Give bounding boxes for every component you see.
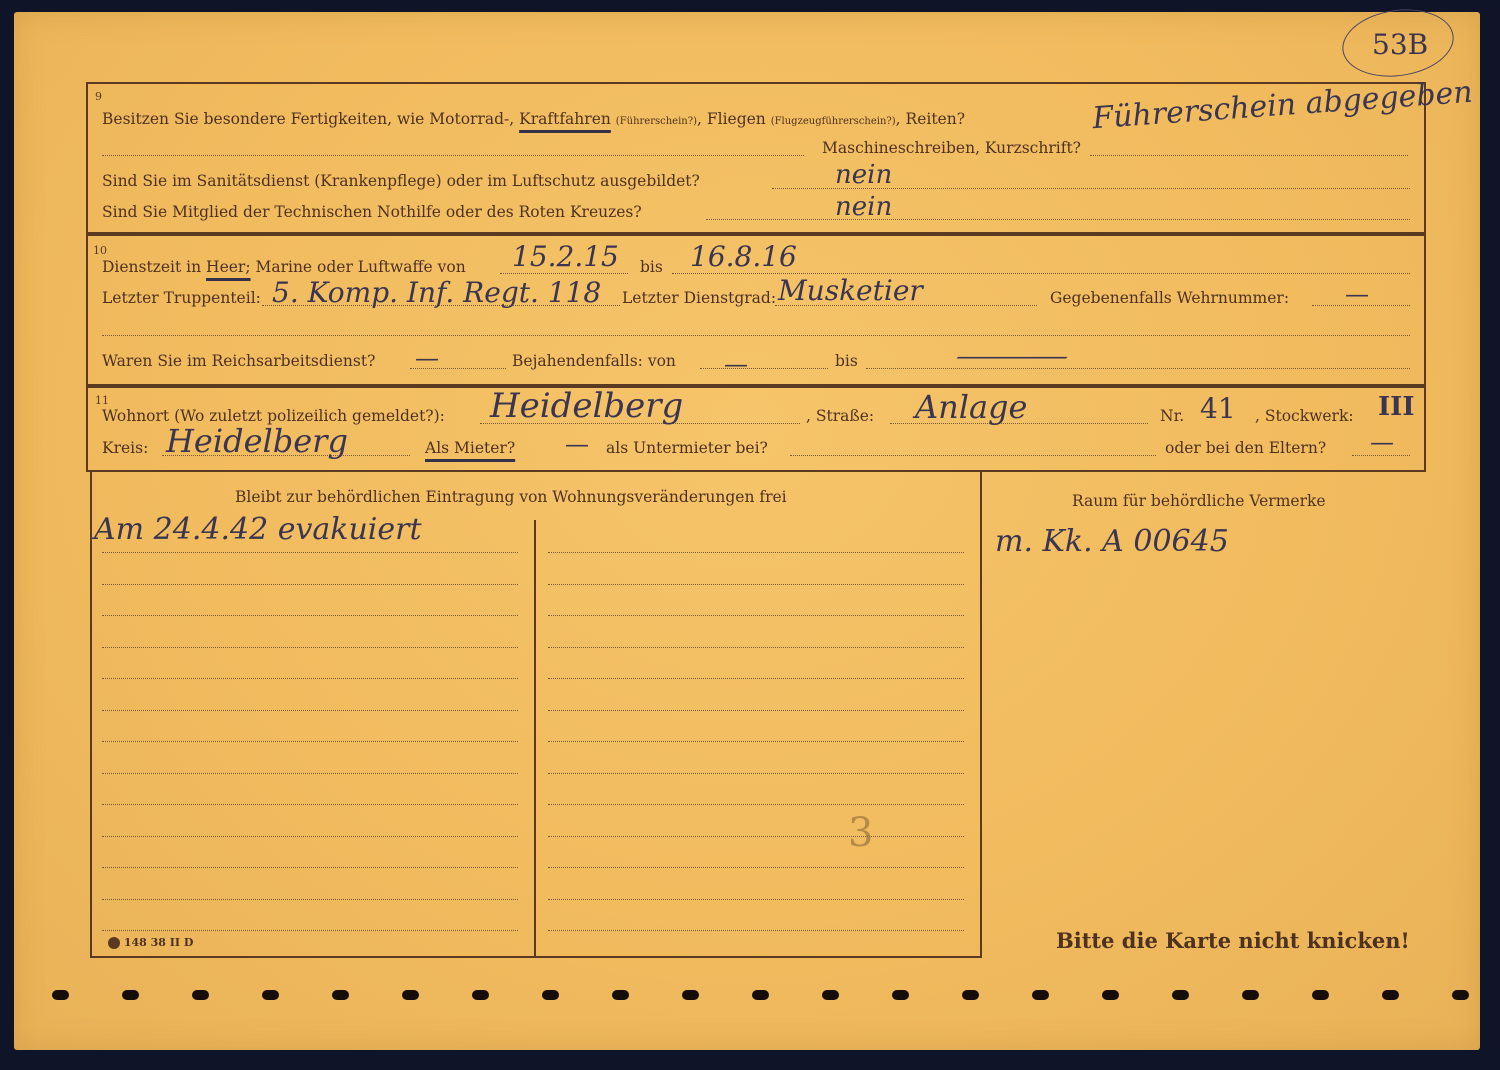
dotted-line [548, 615, 964, 616]
dotted-line [102, 615, 518, 616]
district-label: Kreis: [102, 439, 148, 457]
section-number: 11 [95, 394, 109, 407]
service-from: 15.2.15 [512, 240, 619, 273]
rad-to-answer: — [952, 342, 1072, 370]
remarks-heading: Raum für behördliche Vermerke [1072, 492, 1326, 510]
dotted-line [102, 710, 518, 711]
street-answer: Anlage [915, 388, 1027, 426]
house-number-label: Nr. [1160, 407, 1184, 425]
red-cross-answer: nein [835, 192, 892, 222]
district-answer: Heidelberg [166, 422, 348, 460]
dotted-line [102, 335, 1410, 336]
service-question: Dienstzeit in Heer; Marine oder Luftwaff… [102, 258, 466, 276]
punch-hole [1452, 990, 1469, 1000]
dotted-line [102, 899, 518, 900]
subtenant-label: als Untermieter bei? [606, 439, 768, 457]
dotted-line [548, 899, 964, 900]
red-cross-question: Sind Sie Mitglied der Technischen Nothil… [102, 203, 642, 221]
residence-answer: Heidelberg [490, 386, 683, 426]
house-number-answer: 41 [1200, 392, 1236, 425]
dotted-line [548, 741, 964, 742]
punch-hole [472, 990, 489, 1000]
dotted-line [500, 273, 628, 274]
printer-mark-icon [108, 937, 120, 949]
wehrnummer-answer: — [1345, 280, 1369, 308]
dotted-line [102, 867, 518, 868]
dotted-line [102, 741, 518, 742]
dotted-line [548, 836, 964, 837]
dotted-line [548, 584, 964, 585]
tenant-label: Als Mieter? [425, 439, 515, 457]
dotted-line [548, 710, 964, 711]
punch-hole [1032, 990, 1049, 1000]
dotted-line [102, 584, 518, 585]
floor-answer: III [1378, 392, 1415, 422]
street-label: , Straße: [806, 407, 874, 425]
parents-answer: — [1370, 428, 1394, 456]
punch-hole [1312, 990, 1329, 1000]
dotted-line [548, 552, 964, 553]
margin-pencil-mark: 3 [848, 810, 873, 856]
dotted-line [102, 552, 518, 553]
rad-from-label: Bejahendenfalls: von [512, 352, 676, 370]
dotted-line [102, 836, 518, 837]
print-code: 148 38 II D [108, 936, 193, 949]
remarks-entry: m. Kk. A 00645 [995, 524, 1229, 559]
dotted-line [102, 155, 804, 156]
dotted-line [866, 368, 1410, 369]
dotted-line [548, 867, 964, 868]
service-to: 16.8.16 [690, 240, 797, 273]
punch-hole [542, 990, 559, 1000]
rad-to-label: bis [835, 352, 858, 370]
punch-hole [752, 990, 769, 1000]
punch-hole [1172, 990, 1189, 1000]
punch-hole [612, 990, 629, 1000]
column-divider [534, 520, 536, 956]
punch-hole [402, 990, 419, 1000]
dotted-line [548, 930, 964, 931]
do-not-fold-warning: Bitte die Karte nicht knicken! [1056, 928, 1410, 953]
dotted-line [102, 773, 518, 774]
subtenant-answer: — [565, 430, 589, 458]
section-number: 10 [93, 244, 107, 257]
punch-hole [892, 990, 909, 1000]
dotted-line [102, 678, 518, 679]
punch-hole [332, 990, 349, 1000]
dotted-line [700, 368, 828, 369]
dotted-line [548, 773, 964, 774]
typing-question: Maschineschreiben, Kurzschrift? [822, 139, 1081, 157]
floor-label: , Stockwerk: [1255, 407, 1354, 425]
wehrnummer-label: Gegebenenfalls Wehrnummer: [1050, 289, 1289, 307]
dotted-line [102, 647, 518, 648]
dotted-line [548, 804, 964, 805]
rank-answer: Musketier [778, 274, 923, 307]
dotted-line [410, 368, 506, 369]
rank-label: Letzter Dienstgrad: [622, 289, 776, 307]
dotted-line [102, 930, 518, 931]
punch-hole [1382, 990, 1399, 1000]
punch-hole [822, 990, 839, 1000]
rad-from-answer: — [724, 350, 748, 378]
punch-hole [52, 990, 69, 1000]
punch-hole [122, 990, 139, 1000]
dotted-line [1090, 155, 1408, 156]
dotted-line [706, 219, 1410, 220]
rad-label: Waren Sie im Reichsarbeitsdienst? [102, 352, 375, 370]
punch-hole [192, 990, 209, 1000]
parents-label: oder bei den Eltern? [1165, 439, 1326, 457]
dotted-line [548, 647, 964, 648]
dotted-line [548, 678, 964, 679]
punch-hole [262, 990, 279, 1000]
address-change-entry: Am 24.4.42 evakuiert [94, 512, 422, 547]
address-changes-heading: Bleibt zur behördlichen Eintragung von W… [235, 488, 787, 506]
medical-question: Sind Sie im Sanitätsdienst (Krankenpfleg… [102, 172, 700, 190]
unit-label: Letzter Truppenteil: [102, 289, 261, 307]
punch-hole [1102, 990, 1119, 1000]
card-reference: 53B [1372, 28, 1428, 61]
punch-hole [962, 990, 979, 1000]
dotted-line [790, 455, 1156, 456]
section-number: 9 [95, 90, 102, 103]
punch-hole [1242, 990, 1259, 1000]
punch-hole [682, 990, 699, 1000]
unit-answer: 5. Komp. Inf. Regt. 118 [272, 276, 601, 309]
skills-question: Besitzen Sie besondere Fertigkeiten, wie… [102, 110, 965, 128]
bis-label: bis [640, 258, 663, 276]
medical-answer: nein [835, 160, 892, 190]
dotted-line [102, 804, 518, 805]
